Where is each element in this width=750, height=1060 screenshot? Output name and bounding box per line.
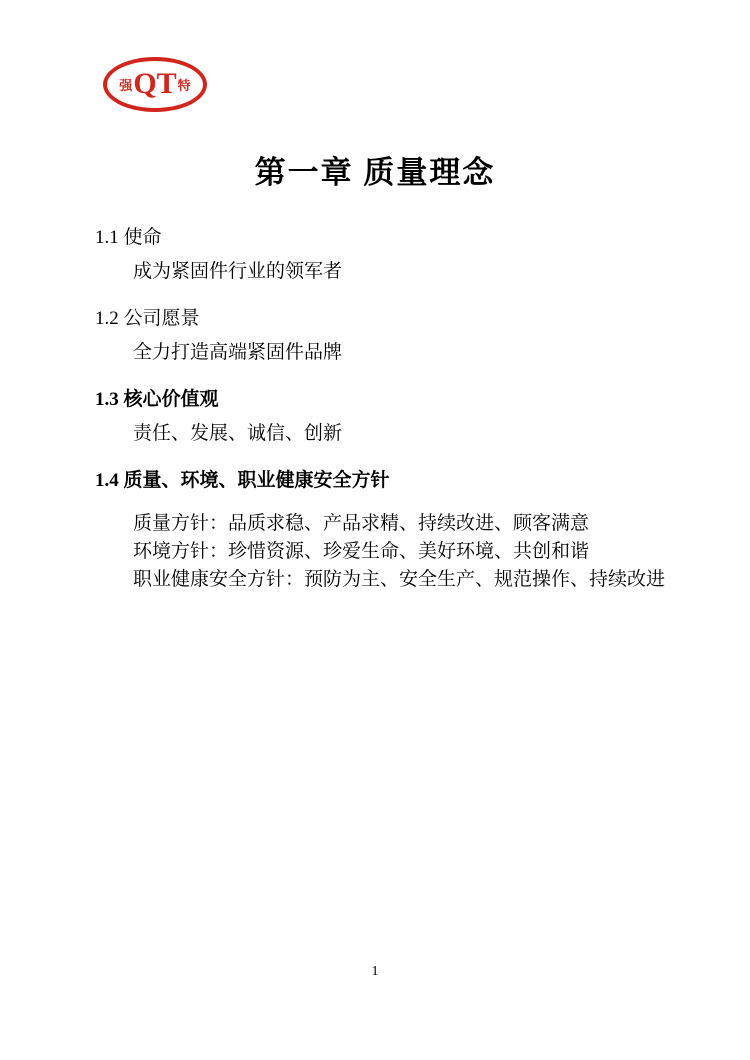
section-core-values: 1.3 核心价值观 责任、发展、诚信、创新 bbox=[95, 387, 695, 448]
section-policies: 1.4 质量、环境、职业健康安全方针 质量方针：品质求稳、产品求精、持续改进、顾… bbox=[95, 468, 695, 594]
section-mission: 1.1 使命 成为紧固件行业的领军者 bbox=[95, 225, 695, 286]
section-text: 全力打造高端紧固件品牌 bbox=[95, 339, 695, 367]
section-text-environment-policy: 环境方针：珍惜资源、珍爱生命、美好环境、共创和谐 bbox=[95, 538, 695, 566]
logo-left-char: 强 bbox=[119, 79, 132, 92]
logo-right-char: 特 bbox=[178, 79, 191, 92]
section-text: 成为紧固件行业的领军者 bbox=[95, 258, 695, 286]
section-vision: 1.2 公司愿景 全力打造高端紧固件品牌 bbox=[95, 306, 695, 367]
section-heading: 1.2 公司愿景 bbox=[95, 306, 695, 332]
section-text-ohs-policy: 职业健康安全方针：预防为主、安全生产、规范操作、持续改进 bbox=[95, 566, 695, 594]
section-heading: 1.1 使命 bbox=[95, 225, 695, 251]
logo-qt-text: QT bbox=[133, 69, 176, 99]
section-text-quality-policy: 质量方针：品质求稳、产品求精、持续改进、顾客满意 bbox=[95, 510, 695, 538]
company-logo: 强 QT 特 bbox=[103, 57, 207, 112]
page-number: 1 bbox=[0, 964, 750, 980]
document-page: 强 QT 特 第一章 质量理念 1.1 使命 成为紧固件行业的领军者 1.2 公… bbox=[0, 0, 750, 1060]
chapter-title: 第一章 质量理念 bbox=[0, 147, 750, 192]
section-heading: 1.4 质量、环境、职业健康安全方针 bbox=[95, 468, 695, 494]
document-content: 1.1 使命 成为紧固件行业的领军者 1.2 公司愿景 全力打造高端紧固件品牌 … bbox=[95, 225, 695, 614]
section-heading: 1.3 核心价值观 bbox=[95, 387, 695, 413]
section-text: 责任、发展、诚信、创新 bbox=[95, 420, 695, 448]
